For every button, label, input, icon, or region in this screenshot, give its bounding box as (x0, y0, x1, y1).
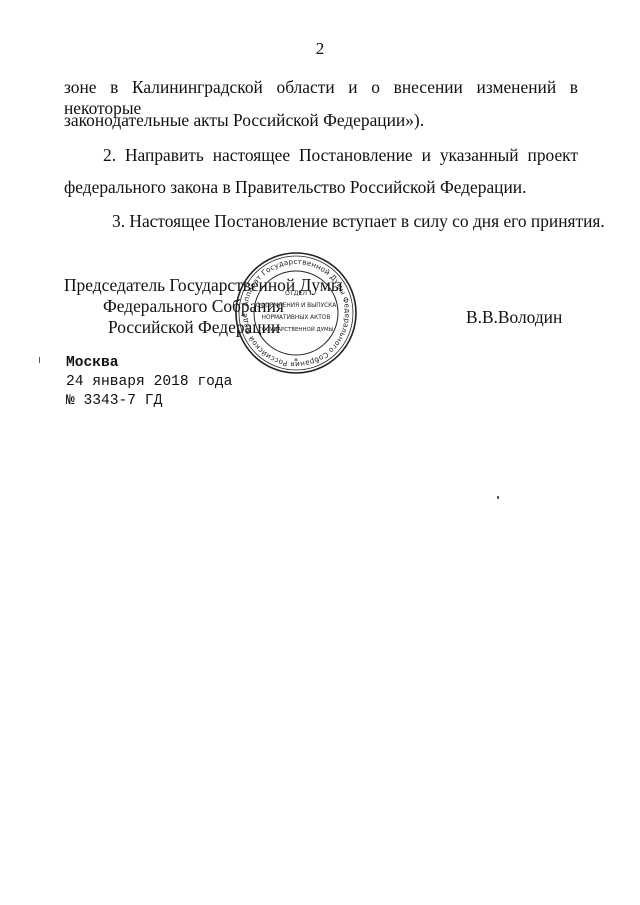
paragraph-2-line-2: федерального закона в Правительство Росс… (64, 177, 526, 198)
signatory-name: В.В.Володин (466, 307, 562, 328)
official-stamp: Аппарат Государственной Думы Федеральног… (234, 251, 358, 375)
footer-date: 24 января 2018 года (66, 373, 232, 392)
paragraph-2-line-1: 2. Направить настоящее Постановление и у… (103, 145, 578, 166)
stamp-center-line-2: ОФОРМЛЕНИЯ И ВЫПУСКА (256, 303, 337, 309)
scan-artifact (497, 496, 499, 499)
paragraph-3: 3. Настоящее Постановление вступает в си… (112, 211, 605, 232)
svg-text:Аппарат Государственной Думы Ф: Аппарат Государственной Думы Федеральног… (234, 251, 352, 369)
stamp-center-line-3: НОРМАТИВНЫХ АКТОВ (262, 315, 331, 321)
stamp-star: * (294, 357, 298, 366)
footer-number: № 3343-7 ГД (66, 392, 162, 411)
stamp-center-line-4: ГОСУДАРСТВЕННОЙ ДУМЫ (259, 326, 334, 333)
paragraph-1-line-2: законодательные акты Российской Федераци… (64, 110, 424, 131)
footer-city: Москва (66, 354, 119, 373)
page-number: 2 (0, 39, 640, 59)
stamp-seal-icon: Аппарат Государственной Думы Федеральног… (234, 251, 358, 375)
scan-artifact (39, 357, 40, 363)
stamp-center-line-1: ОТДЕЛ (285, 290, 307, 297)
stamp-ring-text: Аппарат Государственной Думы Федеральног… (234, 251, 352, 369)
